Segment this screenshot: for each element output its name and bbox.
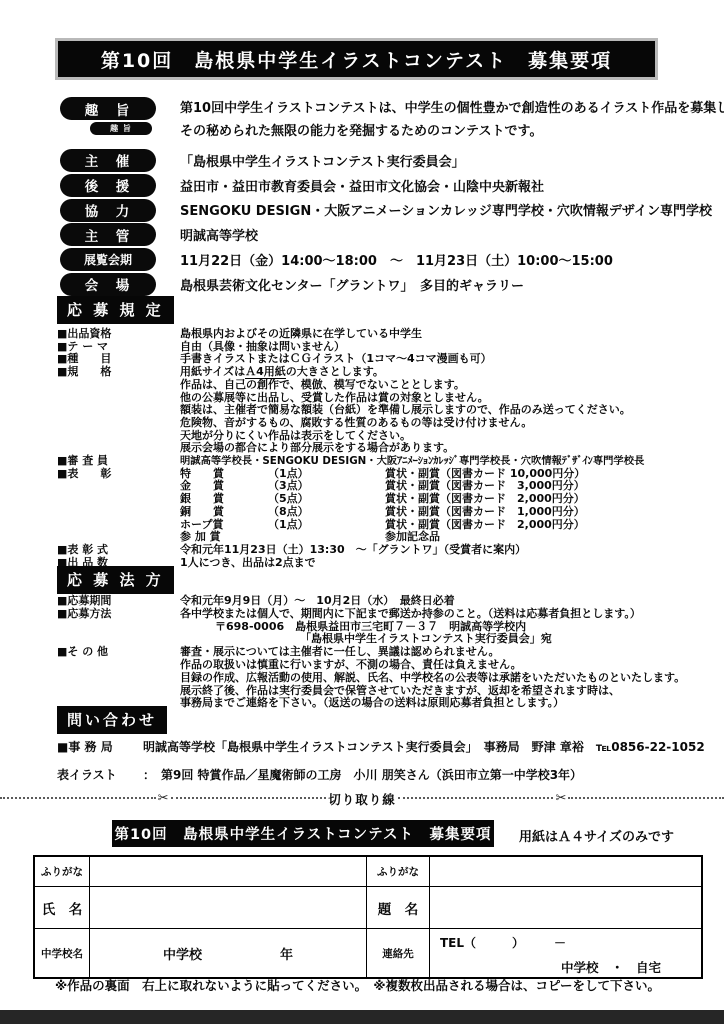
name-field [90,887,367,929]
document-page: 第10回 島根県中学生イラストコンテスト 募集要項 趣 旨 趣 旨 第10回中学… [0,0,724,1024]
dotted-line [171,797,327,799]
purpose-line-2: その秘められた無限の能力を発掘するためのコンテストです。 [180,120,724,143]
title-label: 題 名 [367,887,430,929]
contact-label: 連絡先 [367,929,430,977]
support-badge: 後 援 [60,174,156,197]
info-row-exhibition-period: 展覧会期 11月22日（金）14:00～18:00 ～ 11月23日（土）10:… [60,248,712,271]
award-name: 銅 賞 [180,506,268,519]
award-prize: 賞状・副賞（図書カード 2,000円分） [385,493,585,506]
method-period-value: 令和元年9月9日（月）～ 10月2日（水） 最終日必着 [180,595,455,608]
rule-format: ■規 格 用紙サイズはＡ4用紙の大きさとします。 [57,366,644,379]
venue-text: 島根県芸術文化センター「グラントワ」 多目的ギャラリー [180,275,524,294]
award-name: 銀 賞 [180,493,268,506]
furigana-title-field [430,857,701,887]
exhibition-period-badge: 展覧会期 [60,248,156,271]
scissors-icon: ✂ [553,792,568,806]
method-period-label: ■応募期間 [57,595,180,608]
award-row-silver: 銀 賞 （5点） 賞状・副賞（図書カード 2,000円分） [57,493,644,506]
rule-eligibility: ■出品資格 島根県内およびその近隣県に在学している中学生 [57,328,644,341]
host-text: 「島根県中学生イラストコンテスト実行委員会」 [180,151,465,170]
award-count: （1点） [268,519,385,532]
page-title-text: 第10回 島根県中学生イラストコンテスト 募集要項 [101,46,612,73]
award-spacer [57,506,180,519]
dotted-line [398,797,554,799]
contact-office-row: ■事 務 局 明誠高等学校「島根県中学生イラストコンテスト実行委員会」 事務局 … [57,738,705,755]
rule-awards-label: ■表 彰 [57,468,180,481]
rule-judges: ■審 査 員 明誠高等学校長・SENGOKU DESIGN・大阪ｱﾆﾒｰｼｮﾝｶ… [57,455,644,468]
rules-section-header: 応 募 規 定 [57,296,174,324]
method-how-label: ■応募方法 [57,608,180,621]
method-how-value: 各中学校または個人で、期間内に下記まで郵送か持参のこと。（送料は応募者負担としま… [180,608,641,621]
tel-field: TEL（ ） － 中学校 ・ 自宅 [430,929,701,977]
rule-judges-label: ■審 査 員 [57,455,180,468]
rule-format-note-1: 作品は、自己の創作で、模倣、模写でないこととします。 [57,379,644,392]
award-count: （8点） [268,506,385,519]
rule-ceremony: ■表 彰 式 令和元年11月23日（土）13:30 ～「グラントワ」（受賞者に案… [57,544,644,557]
info-row-host: 主 催 「島根県中学生イラストコンテスト実行委員会」 [60,149,712,172]
purpose-section: 趣 旨 趣 旨 第10回中学生イラストコンテストは、中学生の個性豊かで創造性のあ… [60,97,724,143]
support-text: 益田市・益田市教育委員会・益田市文化協会・山陰中央新報社 [180,176,544,195]
info-row-venue: 会 場 島根県芸術文化センター「グラントワ」 多目的ギャラリー [60,273,712,296]
rule-eligibility-label: ■出品資格 [57,328,180,341]
management-badge: 主 管 [60,223,156,246]
cover-illustration-row: 表イラスト ： 第9回 特賞作品／星魔術師の工房 小川 朋笑さん（浜田市立第一中… [57,766,582,783]
furigana-name-field [90,857,367,887]
venue-badge: 会 場 [60,273,156,296]
rule-ceremony-label: ■表 彰 式 [57,544,180,557]
rule-eligibility-value: 島根県内およびその近隣県に在学している中学生 [180,328,422,341]
scan-edge-strip [0,1010,724,1024]
award-spacer [57,480,180,493]
methods-section-header: 応 募 法 方 [57,566,174,594]
cut-line: ✂ 切り取り線 ✂ [0,791,724,807]
cover-illustration-label: 表イラスト [57,766,143,783]
rule-format-note-4: 危険物、音がするもの、腐敗する性質のあるもの等は受け付けません。 [57,417,644,430]
award-spacer [57,493,180,506]
award-prize: 賞状・副賞（図書カード 1,000円分） [385,506,585,519]
exhibition-period-text: 11月22日（金）14:00～18:00 ～ 11月23日（土）10:00～15… [180,250,613,269]
method-other-label: ■そ の 他 [57,646,180,659]
tel-number-line: TEL（ ） － [430,929,701,951]
host-badge: 主 催 [60,149,156,172]
purpose-badge: 趣 旨 [60,97,156,120]
rule-ceremony-value: 令和元年11月23日（土）13:30 ～「グラントワ」（受賞者に案内） [180,544,526,557]
award-row-bronze: 銅 賞 （8点） 賞状・副賞（図書カード 1,000円分） [57,506,644,519]
title-field [430,887,701,929]
methods-section-body: ■応募期間 令和元年9月9日（月）～ 10月2日（水） 最終日必着 ■応募方法 … [57,595,685,710]
info-row-cooperation: 協 力 SENGOKU DESIGN・大阪アニメーションカレッジ専門学校・穴吹情… [60,199,712,222]
cover-illustration-value: ： 第9回 特賞作品／星魔術師の工房 小川 朋笑さん（浜田市立第一中学校3年） [143,766,582,783]
dotted-line [568,797,724,799]
form-instructions-note: ※作品の裏面 右上に取れないように貼ってください。 ※複数枚出品される場合は、コ… [55,976,660,994]
info-row-support: 後 援 益田市・益田市教育委員会・益田市文化協会・山陰中央新報社 [60,174,712,197]
furigana-label-name: ふりがな [35,857,90,887]
organizer-info-list: 主 催 「島根県中学生イラストコンテスト実行委員会」 後 援 益田市・益田市教育… [60,149,712,296]
purpose-text: 第10回中学生イラストコンテストは、中学生の個性豊かで創造性のあるイラスト作品を… [180,97,724,143]
method-how: ■応募方法 各中学校または個人で、期間内に下記まで郵送か持参のこと。（送料は応募… [57,608,685,621]
rule-entry-count-value: 1人につき、出品は2点まで [180,557,316,570]
cooperation-text: SENGOKU DESIGN・大阪アニメーションカレッジ専門学校・穴吹情報デザイ… [180,200,712,219]
school-label: 中学校名 [35,929,90,977]
tel-type-line: 中学校 ・ 自宅 [430,951,701,976]
management-text: 明誠高等学校 [180,225,258,244]
purpose-badge-group: 趣 旨 趣 旨 [60,97,180,143]
contact-office-label: ■事 務 局 [57,738,143,755]
award-spacer [57,519,180,532]
furigana-label-title: ふりがな [367,857,430,887]
entry-form-title: 第10回 島根県中学生イラストコンテスト 募集要項 [112,820,494,847]
rule-format-prefix: 用紙サイズは [180,365,245,378]
scissors-icon: ✂ [156,792,171,806]
award-count: （5点） [268,493,385,506]
cut-line-label: 切り取り線 [326,790,398,808]
rule-format-value: 用紙サイズはＡ4用紙の大きさとします。 [180,366,384,379]
rule-format-note-6: 展示会場の都合により部分展示をする場合があります。 [57,442,644,455]
rule-format-underlined: Ａ4用紙 [245,365,286,379]
cooperation-badge: 協 力 [60,199,156,222]
info-row-management: 主 管 明誠高等学校 [60,223,712,246]
school-field: 中学校 年 [90,929,367,977]
contact-section-header: 問い合わせ [57,706,167,734]
award-row-hope: ホープ賞 （1点） 賞状・副賞（図書カード 2,000円分） [57,519,644,532]
paper-size-note: 用紙はＡ４サイズのみです [519,826,674,845]
purpose-badge-shadow: 趣 旨 [90,122,152,135]
method-other-line-2: 作品の取扱いは慎重に行いますが、不測の場合、責任は負えません。 [57,659,685,672]
rule-format-label: ■規 格 [57,366,180,379]
method-other-line-3: 目録の作成、広報活動の使用、解説、氏名、中学校名の公表等は承諾をいただいたものと… [57,672,685,685]
method-period: ■応募期間 令和元年9月9日（月）～ 10月2日（水） 最終日必着 [57,595,685,608]
name-label: 氏 名 [35,887,90,929]
rule-format-suffix: の大きさとします。 [286,365,384,378]
dotted-line [0,797,156,799]
contact-office-value: 明誠高等学校「島根県中学生イラストコンテスト実行委員会」 事務局 野津 章裕 ℡… [143,738,705,755]
rules-section-body: ■出品資格 島根県内およびその近隣県に在学している中学生 ■テ ー マ 自由（具… [57,328,644,569]
rule-judges-value: 明誠高等学校長・SENGOKU DESIGN・大阪ｱﾆﾒｰｼｮﾝｶﾚｯｼﾞ専門学… [180,455,644,468]
purpose-line-1: 第10回中学生イラストコンテストは、中学生の個性豊かで創造性のあるイラスト作品を… [180,97,724,120]
entry-form-table: ふりがな ふりがな 氏 名 題 名 中学校名 中学校 年 連絡先 TEL（ ） … [33,855,703,979]
page-title: 第10回 島根県中学生イラストコンテスト 募集要項 [55,38,658,80]
